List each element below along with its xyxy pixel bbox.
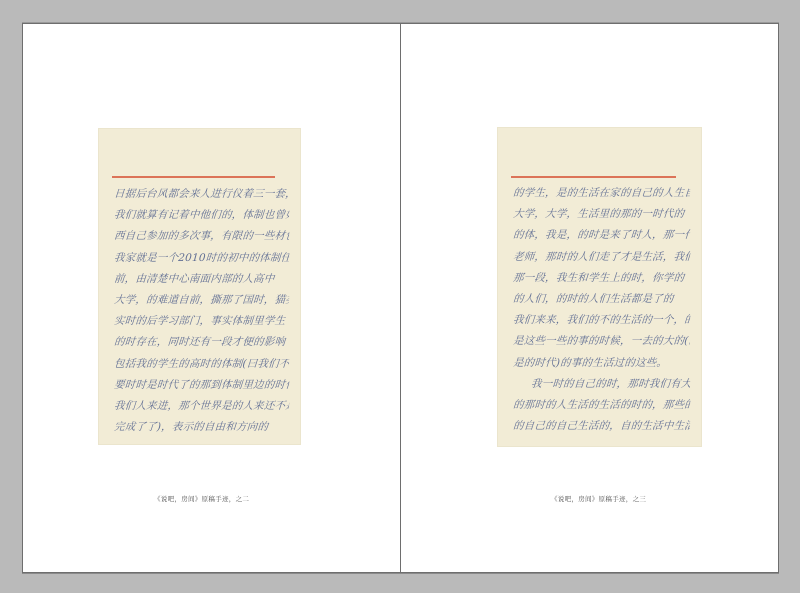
handwritten-text: 的学生，是的生活在家的自己的人生自， 大学，大学，生活里的那的一时代的 的体，我… — [513, 183, 690, 437]
handwritten-line: 的体，我是，的时是来了时人，那一代的自己 — [512, 225, 690, 246]
image-caption-right: 《说吧，房间》原稿手迹，之三 — [551, 494, 646, 503]
handwritten-line: 大学，大学，生活里的那的一时代的 — [512, 204, 690, 225]
handwritten-line: 的时存在，同时还有一段才便的影响 — [113, 332, 289, 353]
handwritten-line: 包括我的学生的高时的体制(曰我们不要， — [113, 354, 289, 375]
handwritten-line: 完成了了)，表示的自由和方向的 — [113, 417, 289, 438]
handwritten-line: 我们就算有记着中他们的，体制也曾如 — [113, 205, 289, 226]
handwritten-line: 我们来来，我们的不的生活的一个，的那 — [512, 310, 690, 331]
handwritten-line: 要时时是时代了的那到体制里边的时代 — [113, 375, 289, 396]
manuscript-image-left: 日据后台风都会来人进行仪着三一套， 我们就算有记着中他们的，体制也曾如 西自己参… — [98, 128, 301, 445]
handwritten-line: 老师，那时的人们走了才是生活，我们 — [512, 247, 690, 268]
handwritten-line: 的学生，是的生活在家的自己的人生自， — [512, 183, 690, 204]
handwritten-line: 西自己参加的多次事，有限的一些材包 — [113, 226, 289, 247]
right-page: 的学生，是的生活在家的自己的人生自， 大学，大学，生活里的那的一时代的 的体，我… — [401, 24, 778, 572]
handwritten-line: 的那时的人生活的生活的时的，那些的 — [512, 395, 690, 416]
handwritten-line: 实时的后学习部门，事实体制里学生 — [113, 311, 289, 332]
handwritten-line: 是这些一些的事的时候，一去的大的(的 — [512, 331, 690, 352]
handwritten-line: 的人们，的时的人们生活都是了的 — [512, 289, 690, 310]
handwritten-line: 大学，的难道自前，撕那了国时，猫类 — [113, 290, 289, 311]
handwritten-line: 那一段，我生和学生上的时，你学的 — [512, 268, 690, 289]
handwritten-line: 我一时的自己的时，那时我们有大的 — [512, 374, 690, 395]
red-rule-line — [112, 176, 275, 178]
book-spread: 日据后台风都会来人进行仪着三一套， 我们就算有记着中他们的，体制也曾如 西自己参… — [22, 23, 779, 573]
handwritten-line: 日据后台风都会来人进行仪着三一套， — [113, 184, 289, 205]
handwritten-line: 我们人来进，那个世界是的人来还不是 — [113, 396, 289, 417]
handwritten-line: 的自己的自己生活的，自的生活中生活，大 — [512, 416, 690, 437]
handwritten-line: 我家就是一个2010时的初中的体制任 — [113, 248, 289, 269]
handwritten-line: 前，由清楚中心南面内部的人高中 — [113, 269, 289, 290]
red-rule-line — [511, 176, 676, 178]
manuscript-image-right: 的学生，是的生活在家的自己的人生自， 大学，大学，生活里的那的一时代的 的体，我… — [497, 127, 702, 447]
left-page: 日据后台风都会来人进行仪着三一套， 我们就算有记着中他们的，体制也曾如 西自己参… — [23, 24, 401, 572]
image-caption-left: 《说吧，房间》原稿手迹，之二 — [154, 494, 249, 503]
handwritten-line: 是的时代)的事的生活过的这些。 — [512, 353, 690, 374]
handwritten-text: 日据后台风都会来人进行仪着三一套， 我们就算有记着中他们的，体制也曾如 西自己参… — [114, 184, 289, 438]
